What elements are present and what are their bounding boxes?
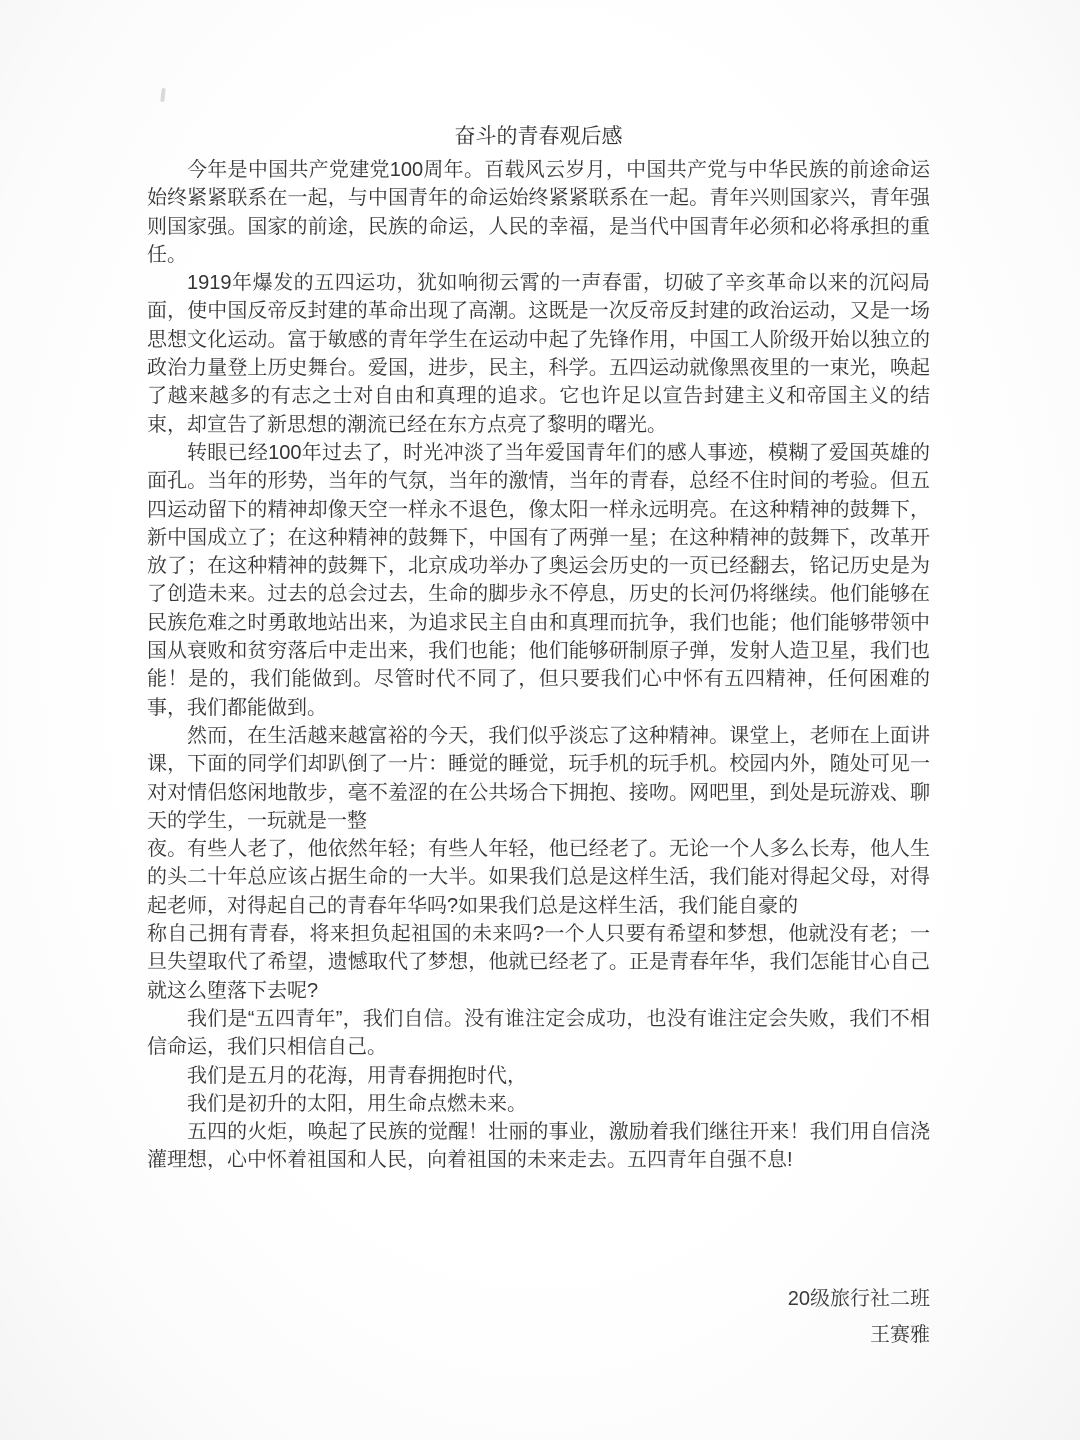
essay-paragraph: 五四的火炬，唤起了民族的觉醒！壮丽的事业，激励着我们继往开来！我们用自信浇灌理想… xyxy=(147,1118,930,1175)
signature-class: 20级旅行社二班 xyxy=(788,1281,930,1317)
signature-name: 王赛雅 xyxy=(788,1317,930,1353)
essay-paragraph-continuation: 夜。有些人老了，他依然年轻；有些人年轻，他已经老了。无论一个人多么长寿，他人生的… xyxy=(147,835,930,920)
essay-paragraph-continuation: 称自己拥有青春，将来担负起祖国的未来吗?一个人只要有希望和梦想，他就没有老；一旦… xyxy=(147,920,930,1005)
essay-paragraph: 我们是五月的花海，用青春拥抱时代， xyxy=(147,1062,930,1090)
ink-smudge xyxy=(160,88,165,102)
document-page: 奋斗的青春观后感 今年是中国共产党建党100周年。百载风云岁月，中国共产党与中华… xyxy=(0,0,1080,1440)
essay-paragraph: 今年是中国共产党建党100周年。百载风云岁月，中国共产党与中华民族的前途命运始终… xyxy=(147,156,930,269)
essay-paragraph: 然而，在生活越来越富裕的今天，我们似乎淡忘了这种精神。课堂上，老师在上面讲课，下… xyxy=(147,722,930,835)
signature-block: 20级旅行社二班 王赛雅 xyxy=(788,1281,930,1353)
essay-paragraph: 我们是“五四青年”，我们自信。没有谁注定会成功，也没有谁注定会失败，我们不相信命… xyxy=(147,1005,930,1062)
essay-title: 奋斗的青春观后感 xyxy=(147,122,930,152)
essay-paragraph: 转眼已经100年过去了，时光冲淡了当年爱国青年们的感人事迹，模糊了爱国英雄的面孔… xyxy=(147,439,930,722)
essay-paragraph: 1919年爆发的五四运功，犹如响彻云霄的一声春雷，切破了辛亥革命以来的沉闷局面，… xyxy=(147,269,930,439)
essay-paragraph: 我们是初升的太阳，用生命点燃未来。 xyxy=(147,1090,930,1118)
essay-body: 奋斗的青春观后感 今年是中国共产党建党100周年。百载风云岁月，中国共产党与中华… xyxy=(147,122,930,1175)
